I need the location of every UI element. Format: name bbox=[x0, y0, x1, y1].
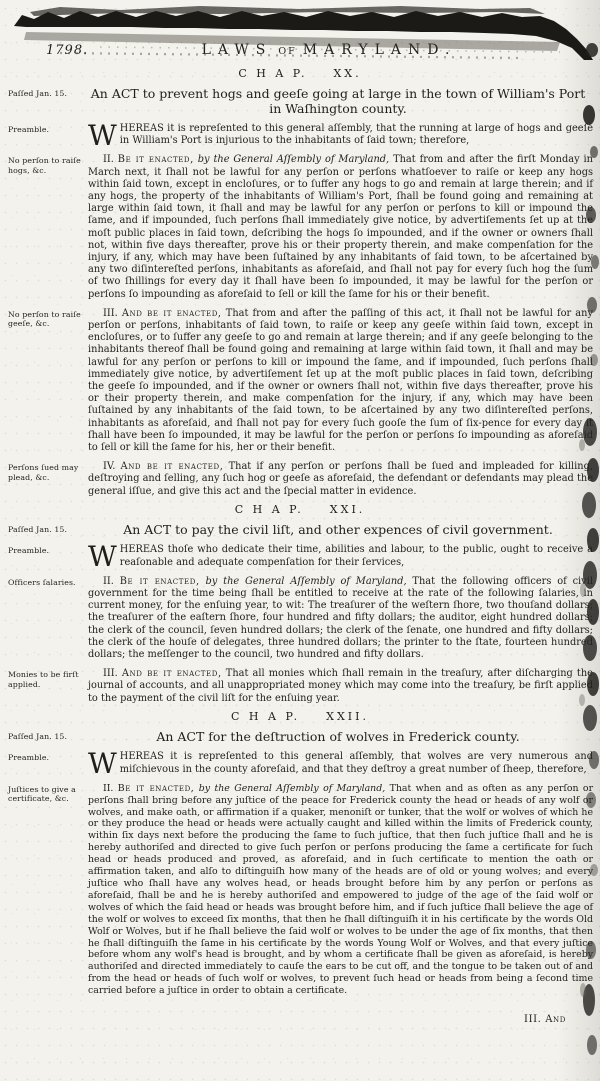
assembly-phrase: by the General Aſſembly of Maryland, bbox=[199, 783, 385, 794]
chapter-xxii-heading: C H A P. XXII. bbox=[0, 710, 600, 723]
section-text: That from and after the firſt Monday in … bbox=[88, 154, 593, 299]
chapter-xx-preamble-row: Preamble. WHEREAS it is repreſented to t… bbox=[0, 123, 600, 147]
enacting-clause: And be it enacted, bbox=[122, 668, 222, 679]
section-paragraph: IV. And be it enacted, That if any perſo… bbox=[88, 461, 593, 498]
enacting-clause: Be it enacted, bbox=[118, 783, 195, 794]
preamble-paragraph: WHEREAS it is repreſented to this genera… bbox=[88, 751, 593, 775]
section-iii-monies-row: Monies to be firſt applied. III. And be … bbox=[0, 668, 600, 705]
section-text: That the following officers of civil gov… bbox=[88, 576, 593, 660]
section-paragraph: III. And be it enacted, That from and af… bbox=[88, 308, 593, 454]
section-iv-plead-row: Perſons ſued may plead, &c. IV. And be i… bbox=[0, 461, 600, 498]
enacting-clause: Be it enacted, bbox=[120, 576, 200, 587]
dropcap-w: W bbox=[88, 123, 120, 146]
enacting-clause: Be it enacted, bbox=[118, 154, 194, 165]
section-number: IV. bbox=[103, 461, 115, 472]
chapter-xxii-preamble-row: Preamble. WHEREAS it is repreſented to t… bbox=[0, 751, 600, 775]
assembly-phrase: by the General Aſſembly of Maryland, bbox=[206, 576, 407, 587]
margin-note-section: Officers ſalaries. bbox=[8, 578, 86, 588]
chapter-xx-title-row: Paſſed Jan. 15. An ACT to prevent hogs a… bbox=[0, 87, 600, 116]
margin-note-section: No perſon to raiſe geeſe, &c. bbox=[8, 310, 86, 329]
section-ii-salaries-row: Officers ſalaries. II. Be it enacted, by… bbox=[0, 576, 600, 661]
chapter-xxii: C H A P. XXII. Paſſed Jan. 15. An ACT fo… bbox=[0, 710, 600, 997]
preamble-text: HEREAS it is repreſented to this general… bbox=[120, 123, 593, 146]
chapter-xxi-title-row: Paſſed Jan. 15. An ACT to pay the civil … bbox=[0, 523, 600, 538]
margin-note-preamble: Preamble. bbox=[8, 546, 86, 556]
margin-note-section: No perſon to raiſe hogs, &c. bbox=[8, 156, 86, 175]
section-number: III. bbox=[103, 308, 118, 319]
chapter-xxii-title-row: Paſſed Jan. 15. An ACT for the deſtructi… bbox=[0, 730, 600, 745]
preamble-paragraph: WHEREAS thoſe who dedicate their time, a… bbox=[88, 544, 593, 568]
section-ii-hogs-row: No perſon to raiſe hogs, &c. II. Be it e… bbox=[0, 154, 600, 300]
enacting-clause: And be it enacted, bbox=[121, 461, 224, 472]
section-number: III. bbox=[103, 668, 118, 679]
margin-note-section: Juſtices to give a certificate, &c. bbox=[8, 785, 86, 804]
chapter-xxi: C H A P. XXI. Paſſed Jan. 15. An ACT to … bbox=[0, 503, 600, 705]
act-title: An ACT for the deſtruction of wolves in … bbox=[88, 730, 588, 745]
section-paragraph: II. Be it enacted, by the General Aſſemb… bbox=[88, 576, 593, 661]
scan-artifact-right-edge bbox=[572, 0, 600, 1081]
act-title: An ACT to prevent hogs and geeſe going a… bbox=[88, 87, 588, 116]
section-text: That when and as often as any perſon or … bbox=[88, 783, 593, 996]
section-ii-justices-row: Juſtices to give a certificate, &c. II. … bbox=[0, 783, 600, 997]
section-paragraph: II. Be it enacted, by the General Aſſemb… bbox=[88, 154, 593, 300]
section-text: That from and after the paſſing of this … bbox=[88, 308, 593, 453]
preamble-text: HEREAS thoſe who dedicate their time, ab… bbox=[120, 544, 593, 567]
margin-note-passed: Paſſed Jan. 15. bbox=[8, 89, 86, 99]
chapter-xxi-preamble-row: Preamble. WHEREAS thoſe who dedicate the… bbox=[0, 544, 600, 568]
dropcap-w: W bbox=[88, 751, 120, 774]
margin-note-preamble: Preamble. bbox=[8, 753, 86, 763]
margin-note-passed: Paſſed Jan. 15. bbox=[8, 525, 86, 535]
page-content: 1798. LAWSOFMARYLAND. C H A P. XX. Paſſe… bbox=[0, 42, 600, 997]
margin-note-preamble: Preamble. bbox=[8, 125, 86, 135]
margin-note-passed: Paſſed Jan. 15. bbox=[8, 732, 86, 742]
section-number: II. bbox=[103, 576, 114, 587]
margin-note-section: Perſons ſued may plead, &c. bbox=[8, 463, 86, 482]
scanned-document-page: 1798. LAWSOFMARYLAND. C H A P. XX. Paſſe… bbox=[0, 0, 600, 1081]
section-iii-geese-row: No perſon to raiſe geeſe, &c. III. And b… bbox=[0, 308, 600, 454]
act-title: An ACT to pay the civil liſt, and other … bbox=[88, 523, 588, 538]
scan-artifact-top-band bbox=[0, 0, 600, 80]
section-number: II. bbox=[103, 783, 113, 794]
section-paragraph: III. And be it enacted, That all monies … bbox=[88, 668, 593, 705]
dropcap-w: W bbox=[88, 544, 120, 567]
margin-note-section: Monies to be firſt applied. bbox=[8, 670, 86, 689]
catchword: III. And bbox=[524, 1014, 566, 1025]
preamble-paragraph: WHEREAS it is repreſented to this genera… bbox=[88, 123, 593, 147]
assembly-phrase: by the General Aſſembly of Maryland, bbox=[198, 154, 389, 165]
section-paragraph: II. Be it enacted, by the General Aſſemb… bbox=[88, 783, 593, 997]
enacting-clause: And be it enacted, bbox=[122, 308, 222, 319]
chapter-xxi-heading: C H A P. XXI. bbox=[0, 503, 600, 516]
chapter-xx: C H A P. XX. Paſſed Jan. 15. An ACT to p… bbox=[0, 67, 600, 498]
preamble-text: HEREAS it is repreſented to this general… bbox=[120, 751, 593, 774]
section-number: II. bbox=[103, 154, 114, 165]
